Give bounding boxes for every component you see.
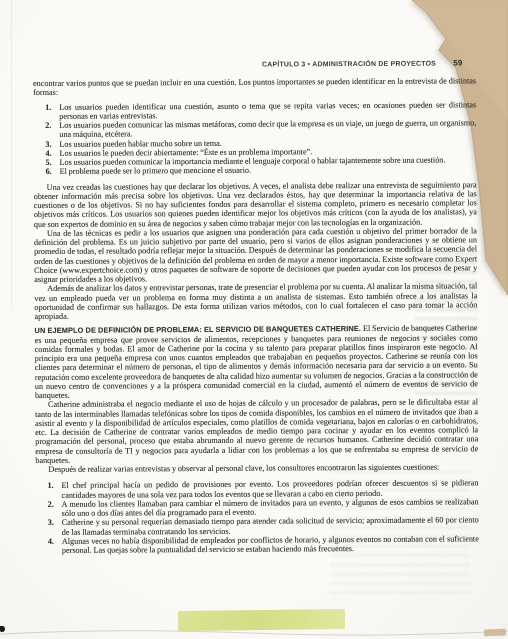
list-item: Algunas veces no había disponibilidad de… xyxy=(36,534,479,555)
example-section: UN EJEMPLO DE DEFINICIÓN DE PROBLEMA: EL… xyxy=(35,324,478,401)
list-item: El problema puede ser lo primero que men… xyxy=(34,165,477,177)
tan-corner-speck xyxy=(484,629,506,637)
body-text: encontrar varios puntos que se puedan in… xyxy=(33,76,479,555)
issues-list: El chef principal hacía un pedido de pro… xyxy=(35,479,478,556)
paragraph-observation: Además de analizar los datos y entrevist… xyxy=(34,282,477,322)
ink-speck xyxy=(0,626,5,632)
intro-paragraph: encontrar varios puntos que se puedan in… xyxy=(33,76,476,97)
section-lead-text: El Servicio de banquetes Catherine es un… xyxy=(35,324,478,400)
bullet-separator-icon: • xyxy=(308,61,311,68)
list-item-text: Los usuarios pueden comunicar las mismas… xyxy=(59,118,476,139)
running-head: CAPÍTULO 3 • ADMINISTRACIÓN DE PROYECTOS… xyxy=(262,58,463,68)
scan-bottom-edge xyxy=(0,625,508,639)
page-number: 59 xyxy=(454,58,463,67)
paragraph-weighting: Una de las técnicas es pedir a los usuar… xyxy=(34,226,477,284)
chapter-label: CAPÍTULO 3 xyxy=(262,61,306,68)
paragraph-objectives: Una vez creadas las cuestiones hay que d… xyxy=(34,180,477,229)
paragraph-administration: Catherine administraba el negocio median… xyxy=(35,398,478,465)
paragraph-consultants-intro: Después de realizar varias entrevistas y… xyxy=(35,462,478,474)
list-item-text: A menudo los clientes llamaban para camb… xyxy=(62,497,479,518)
list-item-text: Catherine y su personal requerían demasi… xyxy=(62,516,479,537)
list-item-text: El chef principal hacía un pedido de pro… xyxy=(61,479,478,500)
list-item-text: El problema puede ser lo primero que men… xyxy=(60,166,252,176)
scanned-book-page: CAPÍTULO 3 • ADMINISTRACIÓN DE PROYECTOS… xyxy=(0,0,508,639)
list-item-text: Los usuarios pueden identificar una cues… xyxy=(59,100,476,121)
list-item-text: Algunas veces no había disponibilidad de… xyxy=(62,534,479,555)
chapter-title: ADMINISTRACIÓN DE PROYECTOS xyxy=(313,61,437,69)
page-curl-shadow xyxy=(11,0,12,310)
identification-list: Los usuarios pueden identificar una cues… xyxy=(33,100,476,177)
